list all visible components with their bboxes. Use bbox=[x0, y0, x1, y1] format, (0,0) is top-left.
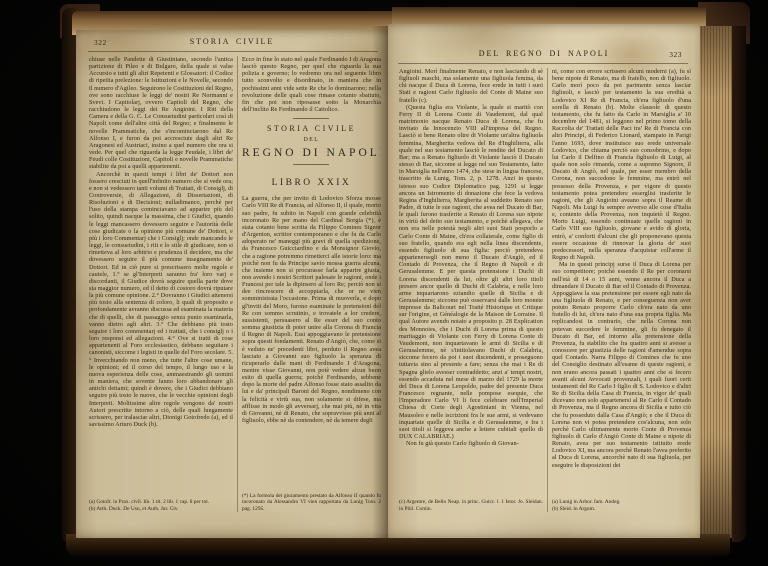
right-col1-footnotes: (c) Argentre, de Bello Neap. in princ. G… bbox=[399, 495, 543, 512]
left-running-title: STORIA CIVILE bbox=[76, 37, 388, 46]
footnote: (*) La formola del giuramento prestato d… bbox=[242, 493, 381, 512]
paragraph: La guerra, che per invito di Lodovico Sf… bbox=[242, 195, 381, 424]
left-col2-text: Ecco in fine lo stato nel quale Ferdinan… bbox=[242, 56, 381, 489]
left-page-column-2: Ecco in fine lo stato nel quale Ferdinan… bbox=[242, 56, 381, 512]
closing-paragraph: Ecco in fine lo stato nel quale Ferdinan… bbox=[242, 56, 381, 113]
right-column-divider bbox=[547, 68, 548, 512]
book-cover-right-edge bbox=[732, 26, 746, 542]
section-title-line1: STORIA CIVILE bbox=[242, 124, 381, 133]
right-page-column-2: ni, come con errore scrissero alcuni mod… bbox=[552, 68, 691, 512]
footnote: (b) Arth. Duck. De Usu, et Auth. Jur. Ci… bbox=[89, 506, 233, 512]
paragraph: Ma in questi principj surse il Duca di L… bbox=[552, 261, 691, 469]
footnote: (b) Sleid. in Argum. bbox=[552, 506, 691, 512]
left-col2-footnotes: (*) La formola del giuramento prestato d… bbox=[242, 489, 381, 512]
paragraph: chiuse nelle Pandette di Giustiniano, se… bbox=[89, 56, 233, 171]
right-col2-footnotes: (a) Lunig in Arbor. fam. Andeg. (b) Slei… bbox=[552, 495, 691, 512]
left-col1-text: chiuse nelle Pandette di Giustiniano, se… bbox=[89, 56, 233, 495]
section-rule bbox=[293, 118, 329, 119]
right-running-title: DEL REGNO DI NAPOLI bbox=[388, 49, 700, 58]
left-column-divider bbox=[237, 56, 238, 512]
paragraph: Angioini. Morì finalmente Renato, e non … bbox=[399, 68, 543, 104]
right-page-number: 323 bbox=[669, 50, 682, 59]
open-book: 322 STORIA CIVILE chiuse nelle Pandette … bbox=[0, 0, 768, 566]
paragraph: (Questa figlia era Violante, la quale si… bbox=[399, 104, 543, 440]
left-col1-footnotes: (a) Gotofr. in Prax. civil. lib. 1 tit. … bbox=[89, 495, 233, 512]
right-page-column-1: Angioini. Morì finalmente Renato, e non … bbox=[399, 68, 543, 512]
section-title-line3: REGNO DI NAPOLI bbox=[242, 147, 381, 159]
right-header-rule bbox=[398, 63, 688, 64]
right-page: DEL REGNO DI NAPOLI 323 Angioini. Morì f… bbox=[388, 24, 700, 538]
footnote: (c) Argentre, de Bello Neap. in princ. G… bbox=[399, 499, 543, 512]
left-page: 322 STORIA CIVILE chiuse nelle Pandette … bbox=[76, 30, 388, 538]
paragraph: Non fu già questo Carlo figliuolo di Gio… bbox=[399, 440, 543, 447]
section-title-line2: DEL bbox=[242, 137, 381, 143]
right-col2-text: ni, come con errore scrissero alcuni mod… bbox=[552, 68, 691, 495]
book-heading: LIBRO XXIX bbox=[242, 178, 381, 188]
paragraph: ni, come con errore scrissero alcuni mod… bbox=[552, 68, 691, 261]
paragraph: Ancorchè in questi tempi i libri de' Dot… bbox=[89, 171, 233, 429]
right-col1-text: Angioini. Morì finalmente Renato, e non … bbox=[399, 68, 543, 495]
section-rule bbox=[293, 164, 329, 165]
left-page-column-1: chiuse nelle Pandette di Giustiniano, se… bbox=[89, 56, 233, 512]
left-header-rule bbox=[88, 51, 378, 52]
